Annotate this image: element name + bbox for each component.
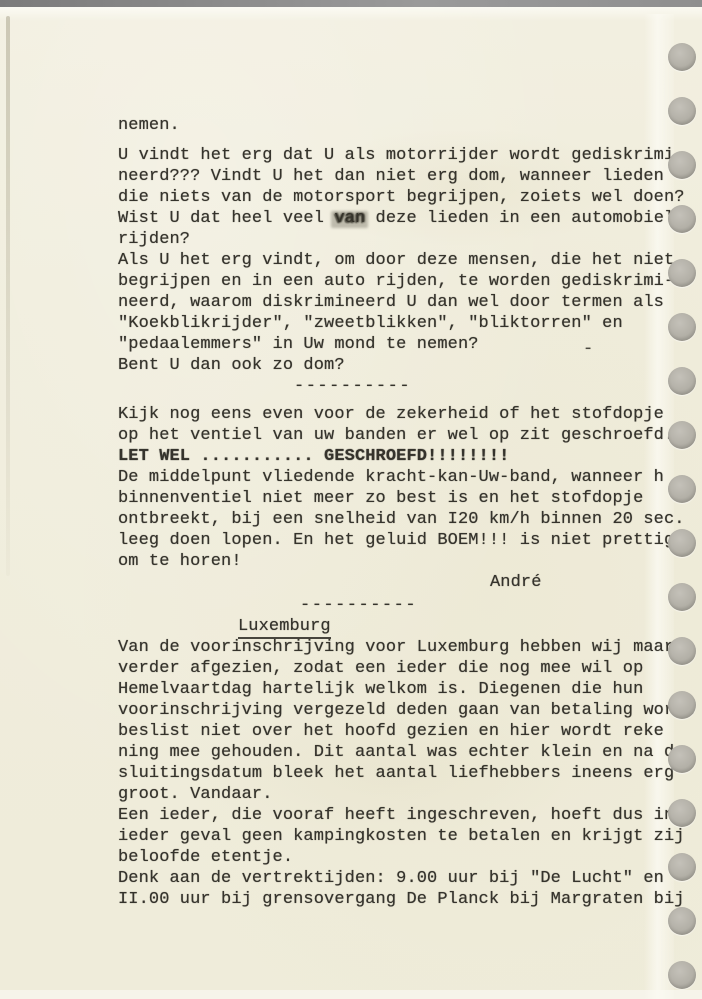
text-line: rijden? bbox=[118, 229, 702, 250]
punch-hole bbox=[668, 205, 696, 233]
typed-divider: ---------- bbox=[118, 595, 702, 616]
text-line: om te horen! bbox=[118, 551, 702, 572]
text-line: LET WEL ........... GESCHROEFD!!!!!!!! bbox=[118, 446, 702, 467]
text-line: ieder geval geen kampingkosten te betale… bbox=[118, 826, 702, 847]
text-line: nemen. bbox=[118, 115, 702, 136]
punch-hole bbox=[668, 799, 696, 827]
scanner-edge bbox=[0, 0, 702, 7]
text-line: beloofde etentje. bbox=[118, 847, 702, 868]
text-line: voorinschrijving vergezeld deden gaan va… bbox=[118, 700, 702, 721]
punch-hole bbox=[668, 637, 696, 665]
overstruck-word: van bbox=[334, 208, 365, 229]
stray-mark: - bbox=[583, 340, 593, 359]
section-heading-text: Luxemburg bbox=[238, 617, 331, 639]
punch-hole bbox=[668, 745, 696, 773]
paper-bottom-edge bbox=[0, 990, 702, 999]
paragraph: nemen. bbox=[118, 115, 702, 136]
text-line: groot. Vandaar. bbox=[118, 784, 702, 805]
text-line: Hemelvaartdag hartelijk welkom is. Diege… bbox=[118, 679, 702, 700]
text-line: Kijk nog eens even voor de zekerheid of … bbox=[118, 404, 702, 425]
text-line: leeg doen lopen. En het geluid BOEM!!! i… bbox=[118, 530, 702, 551]
text-line: Een ieder, die vooraf heeft ingeschreven… bbox=[118, 805, 702, 826]
text-line: II.00 uur bij grensovergang De Planck bi… bbox=[118, 889, 702, 910]
punch-hole bbox=[668, 529, 696, 557]
punch-hole bbox=[668, 421, 696, 449]
page-left-edge-shadow bbox=[6, 16, 10, 576]
text-line: sluitingsdatum bleek het aantal liefhebb… bbox=[118, 763, 702, 784]
text-line: verder afgezien, zodat een ieder die nog… bbox=[118, 658, 702, 679]
text-line: begrijpen en in een auto rijden, te word… bbox=[118, 271, 702, 292]
punch-hole bbox=[668, 151, 696, 179]
punch-hole bbox=[668, 853, 696, 881]
text-line: binnenventiel niet meer zo best is en he… bbox=[118, 488, 702, 509]
text-line: neerd??? Vindt U het dan niet erg dom, w… bbox=[118, 166, 702, 187]
signature: André bbox=[118, 572, 702, 593]
text-line: neerd, waarom diskrimineerd U dan wel do… bbox=[118, 292, 702, 313]
typed-divider: ---------- bbox=[118, 376, 702, 397]
punch-hole bbox=[668, 691, 696, 719]
text-line: beslist niet over het hoofd gezien en hi… bbox=[118, 721, 702, 742]
punch-hole bbox=[668, 259, 696, 287]
text-line: op het ventiel van uw banden er wel op z… bbox=[118, 425, 702, 446]
text-line: die niets van de motorsport begrijpen, z… bbox=[118, 187, 702, 208]
punch-hole bbox=[668, 583, 696, 611]
section-heading: Luxemburg bbox=[118, 616, 702, 637]
punch-hole bbox=[668, 313, 696, 341]
text-line: Als U het erg vindt, om door deze mensen… bbox=[118, 250, 702, 271]
document-body: nemen.U vindt het erg dat U als motorrij… bbox=[118, 115, 702, 910]
punch-hole bbox=[668, 43, 696, 71]
text-run: Wist U dat heel veel bbox=[118, 209, 334, 228]
text-line: Bent U dan ook zo dom? bbox=[118, 355, 702, 376]
punch-hole bbox=[668, 97, 696, 125]
paragraph: U vindt het erg dat U als motorrijder wo… bbox=[118, 145, 702, 376]
text-run: deze lieden in een automobiel bbox=[365, 209, 674, 228]
text-line: Wist U dat heel veel van deze lieden in … bbox=[118, 208, 702, 229]
punch-hole bbox=[668, 367, 696, 395]
punch-hole bbox=[668, 961, 696, 989]
paragraph: Van de voorinschrijving voor Luxemburg h… bbox=[118, 637, 702, 910]
text-line: ontbreekt, bij een snelheid van I20 km/h… bbox=[118, 509, 702, 530]
text-line: U vindt het erg dat U als motorrijder wo… bbox=[118, 145, 702, 166]
text-line: "Koekblikrijder", "zweetblikken", "blikt… bbox=[118, 313, 702, 334]
text-line: De middelpunt vliedende kracht-kan-Uw-ba… bbox=[118, 467, 702, 488]
punch-hole bbox=[668, 475, 696, 503]
text-line: "pedaalemmers" in Uw mond te nemen? bbox=[118, 334, 702, 355]
text-line: Denk aan de vertrektijden: 9.00 uur bij … bbox=[118, 868, 702, 889]
punch-hole bbox=[668, 907, 696, 935]
text-line: Van de voorinschrijving voor Luxemburg h… bbox=[118, 637, 702, 658]
paragraph: Kijk nog eens even voor de zekerheid of … bbox=[118, 404, 702, 572]
text-line: ning mee gehouden. Dit aantal was echter… bbox=[118, 742, 702, 763]
